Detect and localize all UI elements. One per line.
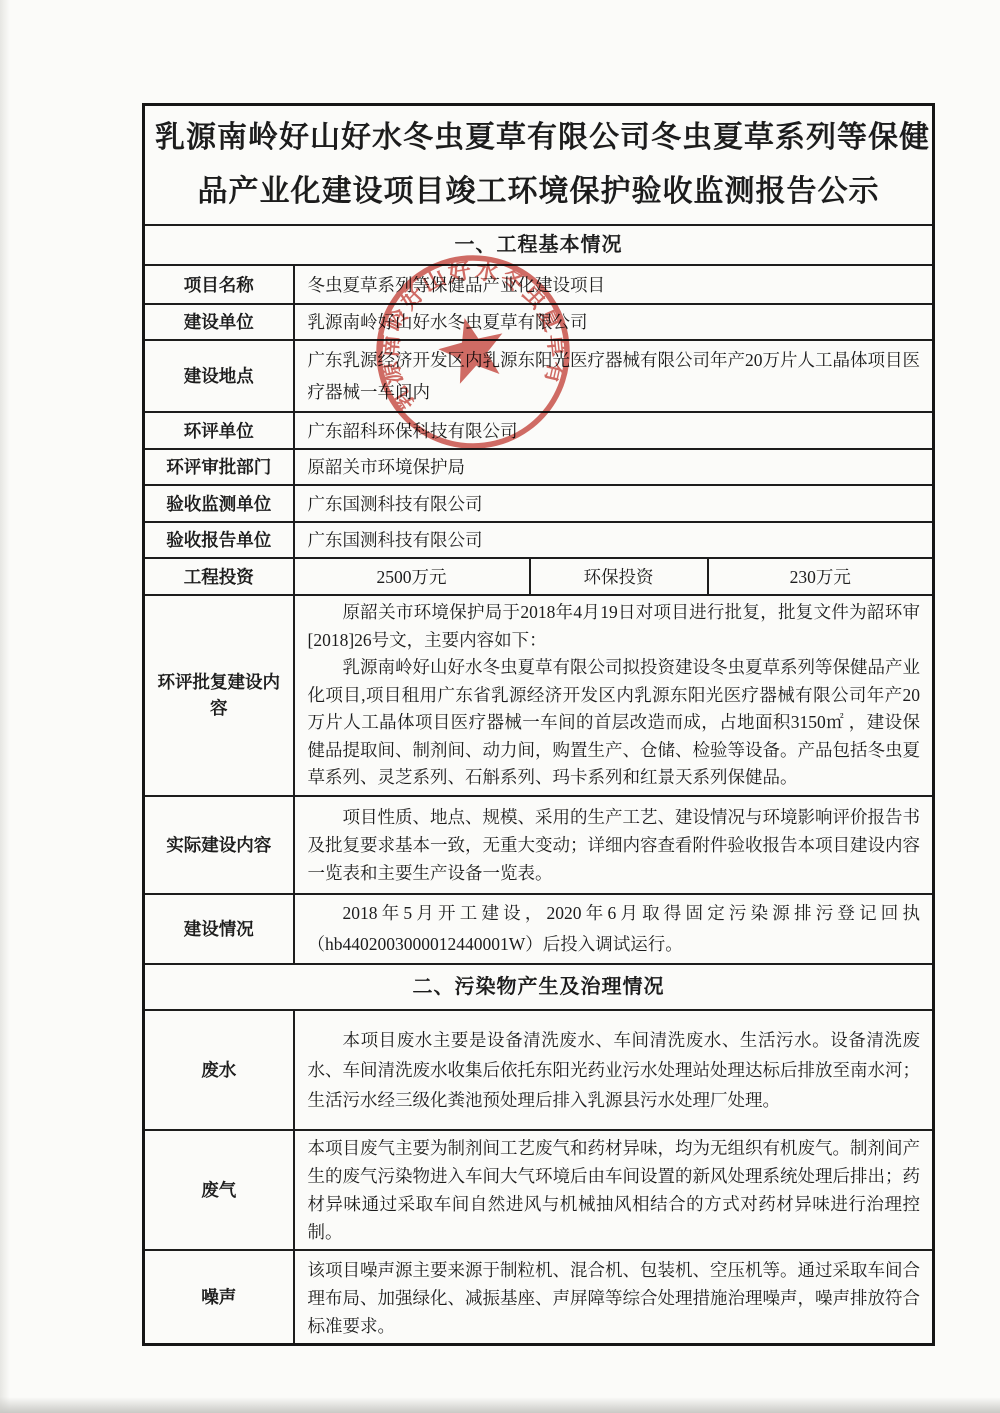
scanned-report-page: { "doc": { "title_line1": "乳源南岭好山好水冬虫夏草有…	[0, 0, 1000, 1413]
field-label-project-investment: 工程投资	[144, 558, 294, 595]
field-label-construction-status: 建设情况	[144, 894, 294, 964]
field-value-construction-unit: 乳源南岭好山好水冬虫夏草有限公司	[294, 304, 934, 340]
table-row: 验收监测单位 广东国测科技有限公司	[144, 485, 934, 522]
approval-paragraph-2: 乳源南岭好山好水冬虫夏草有限公司拟投资建设冬虫夏草系列等保健品产业化项目,项目租…	[308, 654, 921, 792]
scan-edge-shadow-left	[0, 0, 10, 1413]
field-value-noise: 该项目噪声源主要来源于制粒机、混合机、包装机、空压机等。通过采取车间合理布局、加…	[294, 1250, 934, 1345]
field-label-eia-unit: 环评单位	[144, 412, 294, 449]
table-row: 建设地点 广东乳源经济开发区内乳源东阳光医疗器械有限公司年产20万片人工晶体项目…	[144, 340, 934, 412]
field-value-construction-status: 2018年5月开工建设，2020年6月取得固定污染源排污登记回执（hb44020…	[294, 894, 934, 964]
field-value-construction-site: 广东乳源经济开发区内乳源东阳光医疗器械有限公司年产20万片人工晶体项目医疗器械一…	[294, 340, 934, 412]
noise-text: 该项目噪声源主要来源于制粒机、混合机、包装机、空压机等。通过采取车间合理布局、加…	[308, 1256, 921, 1340]
field-label-eia-approval-dept: 环评审批部门	[144, 449, 294, 485]
field-label-acceptance-monitoring-unit: 验收监测单位	[144, 485, 294, 522]
approval-paragraph-1: 原韶关市环境保护局于2018年4月19日对项目进行批复，批复文件为韶环审[201…	[308, 599, 921, 654]
section2-header: 二、污染物产生及治理情况	[144, 964, 934, 1010]
report-title-line2: 品产业化建设项目竣工环境保护验收监测报告公示	[155, 165, 922, 219]
field-label-construction-site: 建设地点	[144, 340, 294, 412]
field-value-waste-gas: 本项目废气主要为制剂间工艺废气和药材异味，均为无组织有机废气。制剂间产生的废气污…	[294, 1130, 934, 1250]
table-row: 环评单位 广东韶科环保科技有限公司	[144, 412, 934, 449]
field-label-waste-gas: 废气	[144, 1130, 294, 1250]
report-table: 乳源南岭好山好水冬虫夏草有限公司冬虫夏草系列等保健 品产业化建设项目竣工环境保护…	[142, 103, 935, 1346]
field-value-environmental-investment: 230万元	[708, 558, 934, 595]
field-label-project-name: 项目名称	[144, 265, 294, 304]
field-value-eia-unit: 广东韶科环保科技有限公司	[294, 412, 934, 449]
field-label-wastewater: 废水	[144, 1010, 294, 1130]
waste-gas-text: 本项目废气主要为制剂间工艺废气和药材异味，均为无组织有机废气。制剂间产生的废气污…	[308, 1134, 921, 1246]
scan-edge-shadow-bottom	[0, 1397, 1000, 1413]
table-row: 环评审批部门 原韶关市环境保护局	[144, 449, 934, 485]
table-row-wastewater: 废水 本项目废水主要是设备清洗废水、车间清洗废水、生活污水。设备清洗废水、车间清…	[144, 1010, 934, 1130]
field-label-environmental-investment: 环保投资	[530, 558, 708, 595]
field-value-acceptance-report-unit: 广东国测科技有限公司	[294, 522, 934, 558]
wastewater-text: 本项目废水主要是设备清洗废水、车间清洗废水、生活污水。设备清洗废水、车间清洗废水…	[308, 1025, 921, 1115]
report-title: 乳源南岭好山好水冬虫夏草有限公司冬虫夏草系列等保健 品产业化建设项目竣工环境保护…	[144, 105, 934, 226]
field-label-noise: 噪声	[144, 1250, 294, 1345]
report-title-line1: 乳源南岭好山好水冬虫夏草有限公司冬虫夏草系列等保健	[155, 111, 922, 165]
field-value-eia-approval-dept: 原韶关市环境保护局	[294, 449, 934, 485]
field-label-acceptance-report-unit: 验收报告单位	[144, 522, 294, 558]
table-row-approval-content: 环评批复建设内容 原韶关市环境保护局于2018年4月19日对项目进行批复，批复文…	[144, 595, 934, 796]
table-row-investment: 工程投资 2500万元 环保投资 230万元	[144, 558, 934, 595]
section1-header: 一、工程基本情况	[144, 225, 934, 265]
field-value-wastewater: 本项目废水主要是设备清洗废水、车间清洗废水、生活污水。设备清洗废水、车间清洗废水…	[294, 1010, 934, 1130]
field-value-eia-approval-content: 原韶关市环境保护局于2018年4月19日对项目进行批复，批复文件为韶环审[201…	[294, 595, 934, 796]
field-value-acceptance-monitoring-unit: 广东国测科技有限公司	[294, 485, 934, 522]
table-row-actual-content: 实际建设内容 项目性质、地点、规模、采用的生产工艺、建设情况与环境影响评价报告书…	[144, 796, 934, 894]
field-value-project-investment: 2500万元	[294, 558, 530, 595]
actual-content-text: 项目性质、地点、规模、采用的生产工艺、建设情况与环境影响评价报告书及批复要求基本…	[308, 803, 921, 887]
table-row: 项目名称 冬虫夏草系列等保健品产业化建设项目	[144, 265, 934, 304]
construction-status-text: 2018年5月开工建设，2020年6月取得固定污染源排污登记回执（hb44020…	[308, 898, 921, 960]
table-row-construction-status: 建设情况 2018年5月开工建设，2020年6月取得固定污染源排污登记回执（hb…	[144, 894, 934, 964]
field-label-actual-content: 实际建设内容	[144, 796, 294, 894]
field-label-construction-unit: 建设单位	[144, 304, 294, 340]
field-value-actual-content: 项目性质、地点、规模、采用的生产工艺、建设情况与环境影响评价报告书及批复要求基本…	[294, 796, 934, 894]
field-value-project-name: 冬虫夏草系列等保健品产业化建设项目	[294, 265, 934, 304]
table-row-noise: 噪声 该项目噪声源主要来源于制粒机、混合机、包装机、空压机等。通过采取车间合理布…	[144, 1250, 934, 1345]
table-row: 建设单位 乳源南岭好山好水冬虫夏草有限公司	[144, 304, 934, 340]
field-label-eia-approval-content: 环评批复建设内容	[144, 595, 294, 796]
table-row-waste-gas: 废气 本项目废气主要为制剂间工艺废气和药材异味，均为无组织有机废气。制剂间产生的…	[144, 1130, 934, 1250]
table-row: 验收报告单位 广东国测科技有限公司	[144, 522, 934, 558]
